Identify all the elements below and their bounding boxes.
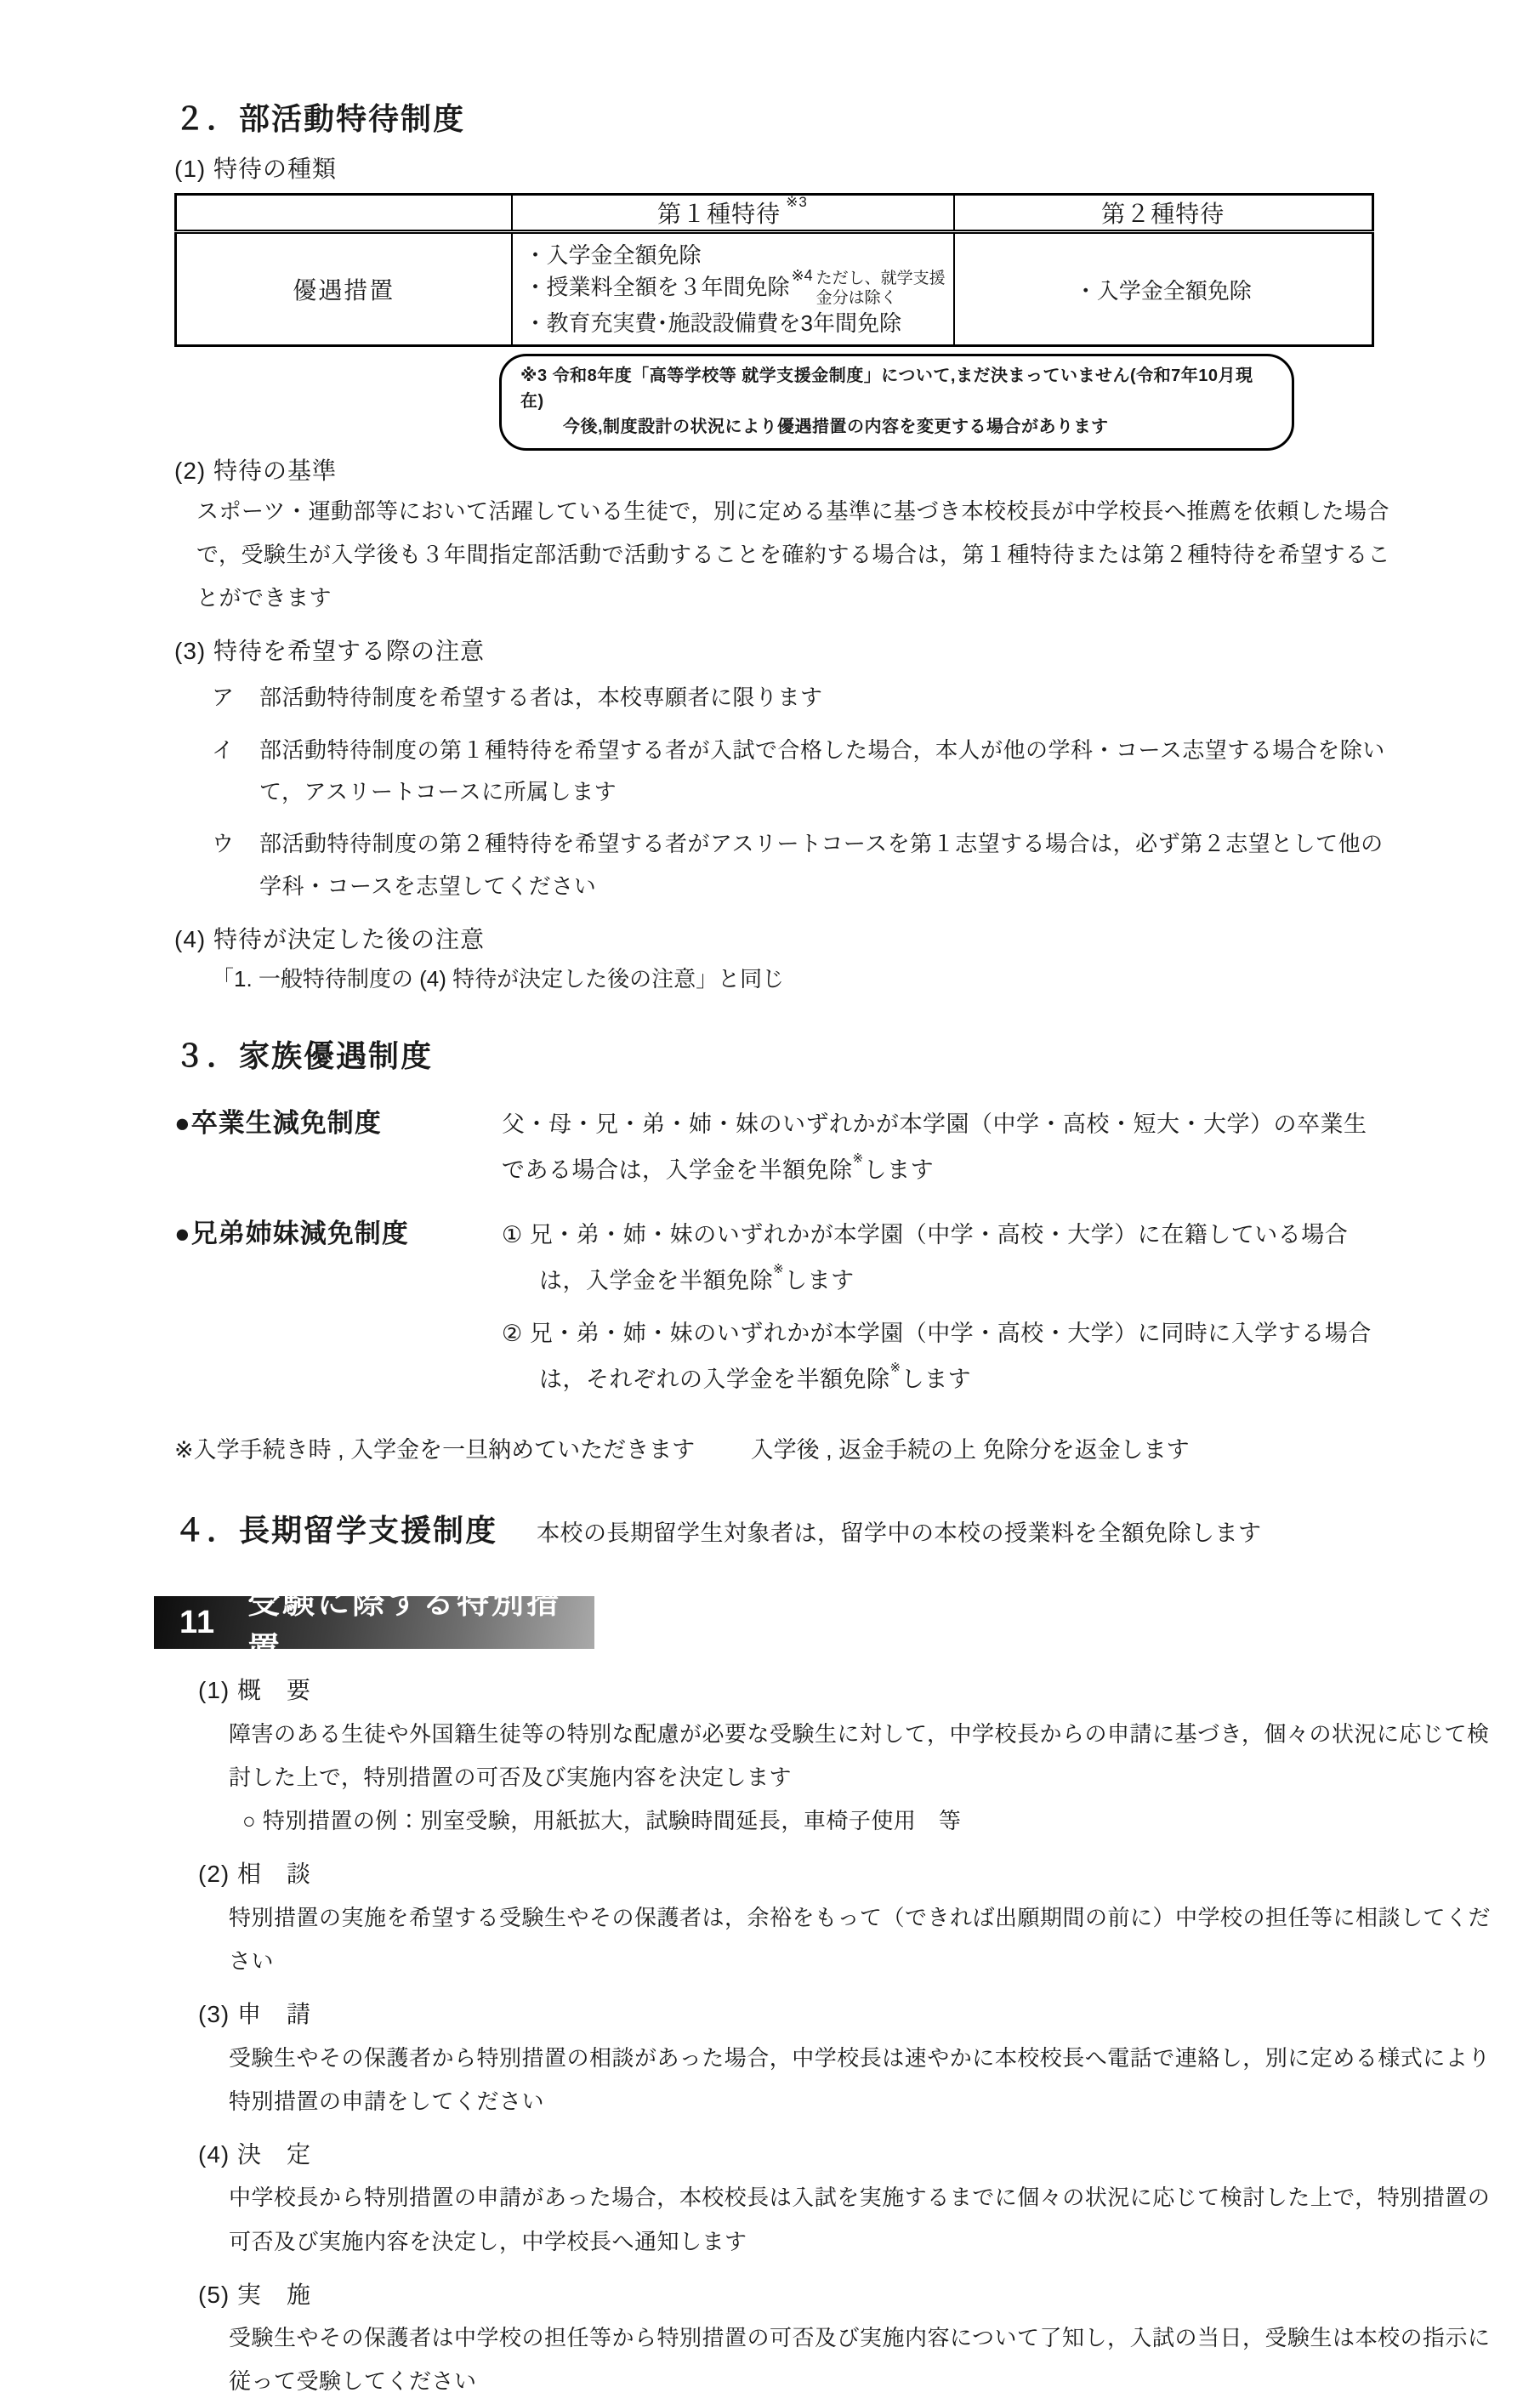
section11-content: (1) 概 要 障害のある生徒や外国籍生徒等の特別な配慮が必要な受験生に対して，… xyxy=(174,1669,1387,2403)
table-header-type1: 第１種特待※3 xyxy=(512,195,954,232)
note-item-u-text: 部活動特待制度の第２種特待を希望する者がアスリートコースを第１志望する場合は，必… xyxy=(259,823,1387,907)
sibling-exemption-label: ●兄弟姉妹減免制度 xyxy=(174,1212,502,1257)
benefit-type-table: 第１種特待※3 第２種特待 優遇措置 ・入学金全額免除 ・授業料全額を３年間免除… xyxy=(174,193,1374,347)
table-header-row: 第１種特待※3 第２種特待 xyxy=(176,195,1373,232)
table-header-type1-note-ref: ※3 xyxy=(786,194,808,210)
note3-box: ※3 令和8年度「高等学校等 就学支援金制度」について,まだ決まっていません(令… xyxy=(499,354,1294,451)
note3-line2: 今後,制度設計の状況により優遇措置の内容を変更する場合があります xyxy=(520,414,1270,440)
section2-item3-label: (3) 特待を希望する際の注意 xyxy=(174,633,1387,667)
table-cell-type2: ・入学金全額免除 xyxy=(954,232,1373,346)
s11-item5-body: 受験生やその保護者は中学校の担任等から特別措置の可否及び実施内容について了知し，… xyxy=(229,2316,1504,2403)
s11-item3-body: 受験生やその保護者から特別措置の相談があった場合，中学校長は速やかに本校校長へ電… xyxy=(229,2037,1504,2123)
s11-item5-label: (5) 実 施 xyxy=(198,2274,1387,2316)
refund-note: ※入学手続き時 , 入学金を一旦納めていただきます 入学後 , 返金手続の上 免… xyxy=(174,1431,1387,1464)
sibling-exemption-desc: ① 兄・弟・姉・妹のいずれかが本学園（中学・高校・大学）に在籍している場合は，入… xyxy=(502,1212,1387,1402)
type1-benefit-1: ・入学金全額免除 xyxy=(525,241,948,270)
sibling-case1-tail: します xyxy=(784,1268,855,1293)
section3-title: ３．家族優遇制度 xyxy=(174,1032,1387,1076)
note-item-i-marker: イ xyxy=(212,730,259,814)
section11-banner: 11 受験に際する特別措置 xyxy=(154,1596,594,1649)
note-item-u-marker: ウ xyxy=(212,823,259,907)
note-item-i: イ 部活動特待制度の第１種特待を希望する者が入試で合格した場合，本人が他の学科・… xyxy=(212,730,1387,814)
section2-item4-label: (4) 特待が決定した後の注意 xyxy=(174,921,1387,955)
section2-item1-label: (1) 特待の種類 xyxy=(174,151,1387,185)
note3-line1: ※3 令和8年度「高等学校等 就学支援金制度」について,まだ決まっていません(令… xyxy=(520,363,1270,414)
graduate-exemption-desc: 父・母・兄・弟・姉・妹のいずれかが本学園（中学・高校・短大・大学）の卒業生である… xyxy=(502,1101,1387,1193)
sibling-case2-tail: します xyxy=(901,1367,972,1392)
note-item-u: ウ 部活動特待制度の第２種特待を希望する者がアスリートコースを第１志望する場合は… xyxy=(212,823,1387,907)
note-item-i-text: 部活動特待制度の第１種特待を希望する者が入試で合格した場合，本人が他の学科・コー… xyxy=(259,730,1387,814)
section4-body: 本校の長期留学生対象者は，留学中の本校の授業料を全額免除します xyxy=(537,1515,1262,1548)
note-item-a-marker: ア xyxy=(212,677,259,719)
table-body-row: 優遇措置 ・入学金全額免除 ・授業料全額を３年間免除※4ただし、就学支援金分は除… xyxy=(176,232,1373,346)
note-item-a: ア 部活動特待制度を希望する者は，本校専願者に限ります xyxy=(212,677,1387,719)
table-header-empty xyxy=(176,195,512,232)
graduate-exemption-tail: します xyxy=(864,1157,935,1183)
s11-item1-label: (1) 概 要 xyxy=(198,1669,1387,1712)
table-header-type2: 第２種特待 xyxy=(954,195,1373,232)
sibling-exemption-row: ●兄弟姉妹減免制度 ① 兄・弟・姉・妹のいずれかが本学園（中学・高校・大学）に在… xyxy=(174,1212,1387,1402)
document-page: ２．部活動特待制度 (1) 特待の種類 第１種特待※3 第２種特待 優遇措置 ・… xyxy=(0,0,1540,2404)
sibling-exemption-case1: ① 兄・弟・姉・妹のいずれかが本学園（中学・高校・大学）に在籍している場合は，入… xyxy=(502,1212,1387,1304)
type2-benefit-1: ・入学金全額免除 xyxy=(1075,278,1252,304)
sibling-case2-note-ref: ※ xyxy=(890,1361,901,1375)
table-header-type1-label: 第１種特待 xyxy=(657,201,781,227)
s11-item4-label: (4) 決 定 xyxy=(198,2134,1387,2176)
s11-item3-label: (3) 申 請 xyxy=(198,1993,1387,2036)
section4-title: ４．長期留学支援制度 xyxy=(174,1507,497,1550)
type1-benefit-2-note: ただし、就学支援金分は除く xyxy=(816,270,946,309)
s11-item1-body: 障害のある生徒や外国籍生徒等の特別な配慮が必要な受験生に対して，中学校長からの申… xyxy=(229,1713,1504,1799)
table-row-label: 優遇措置 xyxy=(176,232,512,346)
type1-benefit-2: ・授業料全額を３年間免除※4ただし、就学支援金分は除く xyxy=(525,270,948,309)
type1-benefit-2-note-ref: ※4 xyxy=(792,267,813,284)
section2-title: ２．部活動特待制度 xyxy=(174,95,1387,139)
sibling-case1-note-ref: ※ xyxy=(773,1262,784,1276)
graduate-exemption-note-ref: ※ xyxy=(853,1151,864,1166)
type1-benefit-2-text: ・授業料全額を３年間免除 xyxy=(525,275,790,300)
section11-number: 11 xyxy=(179,1605,215,1641)
graduate-exemption-label: ●卒業生減免制度 xyxy=(174,1101,502,1146)
table-header-type2-label: 第２種特待 xyxy=(1101,201,1225,227)
s11-item2-label: (2) 相 談 xyxy=(198,1853,1387,1895)
s11-item1-example: ○ 特別措置の例：別室受験，用紙拡大，試験時間延長，車椅子使用 等 xyxy=(242,1799,1501,1843)
graduate-exemption-text: 父・母・兄・弟・姉・妹のいずれかが本学園（中学・高校・短大・大学）の卒業生である… xyxy=(502,1111,1367,1183)
section2-item2-label: (2) 特待の基準 xyxy=(174,452,1387,486)
section2-item4-body: 「1. 一般特待制度の (4) 特待が決定した後の注意」と同じ xyxy=(212,962,1387,993)
section4-row: ４．長期留学支援制度 本校の長期留学生対象者は，留学中の本校の授業料を全額免除し… xyxy=(174,1507,1387,1550)
sibling-exemption-case2: ② 兄・弟・姉・妹のいずれかが本学園（中学・高校・大学）に同時に入学する場合は，… xyxy=(502,1310,1387,1402)
note-item-a-text: 部活動特待制度を希望する者は，本校専願者に限ります xyxy=(259,677,1387,719)
s11-item4-body: 中学校長から特別措置の申請があった場合，本校校長は入試を実施するまでに個々の状況… xyxy=(229,2176,1504,2263)
table-cell-type1: ・入学金全額免除 ・授業料全額を３年間免除※4ただし、就学支援金分は除く ・教育… xyxy=(512,232,954,346)
refund-note-part1: ※入学手続き時 , 入学金を一旦納めていただきます xyxy=(174,1437,695,1463)
sibling-case1-text: ① 兄・弟・姉・妹のいずれかが本学園（中学・高校・大学）に在籍している場合は，入… xyxy=(502,1222,1348,1293)
type1-benefit-3: ・教育充実費･施設設備費を3年間免除 xyxy=(525,309,948,338)
graduate-exemption-row: ●卒業生減免制度 父・母・兄・弟・姉・妹のいずれかが本学園（中学・高校・短大・大… xyxy=(174,1101,1387,1193)
s11-item2-body: 特別措置の実施を希望する受験生やその保護者は，余裕をもって（できれば出願期間の前… xyxy=(229,1896,1504,1983)
section11-title: 受験に際する特別措置 xyxy=(247,1576,594,1669)
refund-note-part2: 入学後 , 返金手続の上 免除分を返金します xyxy=(751,1437,1190,1463)
section2-item2-body: スポーツ・運動部等において活躍している生徒で，別に定める基準に基づき本校校長が中… xyxy=(196,490,1391,619)
